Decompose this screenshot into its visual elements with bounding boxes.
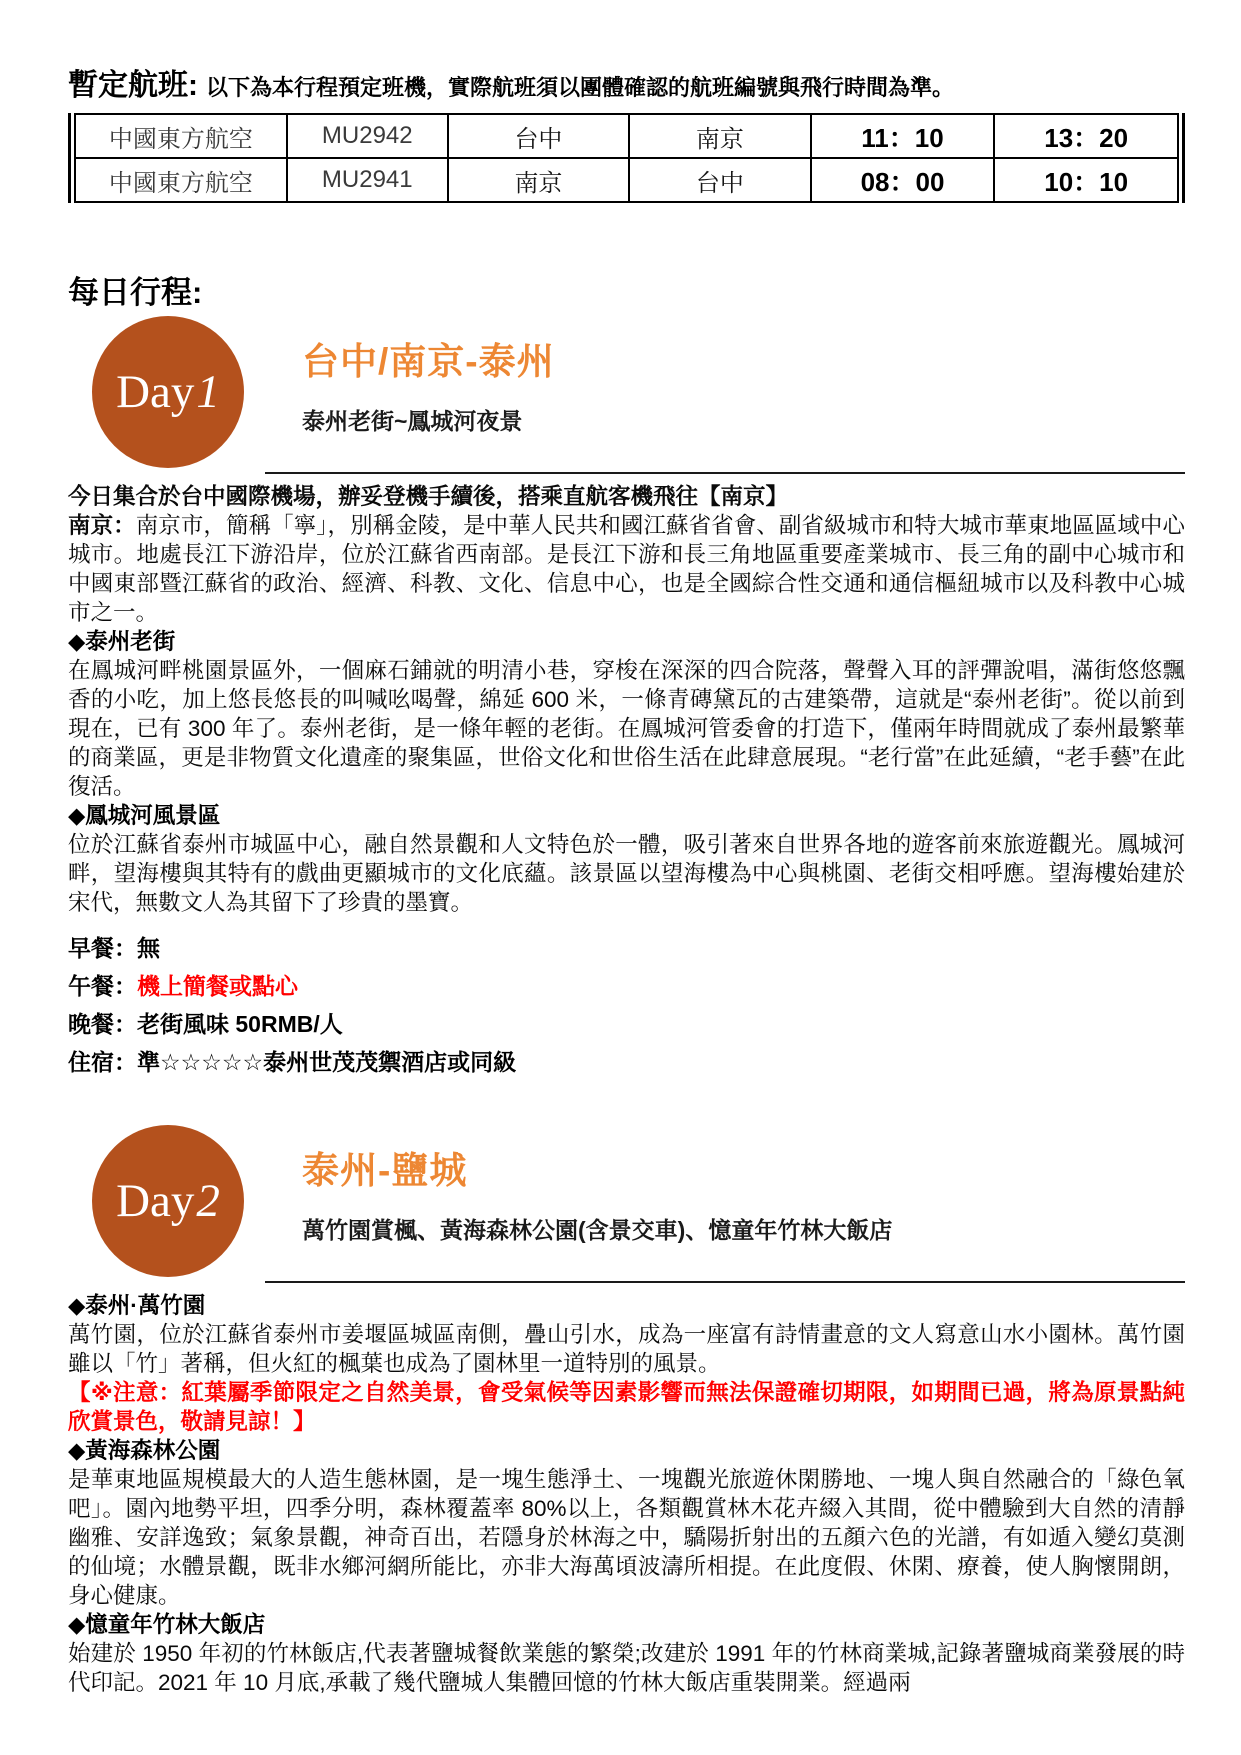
day2-badge-word: Day — [116, 1174, 194, 1228]
day2-season-notice: 【※注意：紅葉屬季節限定之自然美景，會受氣候等因素影響而無法保證確切期限，如期間… — [68, 1378, 1185, 1436]
day1-hotel-line: 住宿：準☆☆☆☆☆泰州世茂茂禦酒店或同級 — [68, 1043, 1185, 1081]
flight-1-departure-time: 11：10 — [811, 114, 995, 158]
flight-2-number: MU2941 — [287, 158, 448, 202]
day1-dinner-line: 晚餐：老街風味 50RMB/人 — [68, 1005, 1185, 1043]
day2-section1-heading: ◆泰州·萬竹園 — [68, 1291, 1185, 1320]
day2-section2-heading: ◆黃海森林公園 — [68, 1436, 1185, 1465]
day2-title: 泰州-鹽城 — [302, 1140, 892, 1194]
day1-section2-heading: ◆鳳城河風景區 — [68, 801, 1185, 830]
flight-1-airline: 中國東方航空 — [75, 114, 287, 158]
day2-block: Day2 泰州-鹽城 萬竹園賞楓、黃海森林公園(含景交車)、憶童年竹林大飯店 ◆… — [68, 1125, 1185, 1697]
flight-table-wrapper: 中國東方航空 MU2942 台中 南京 11：10 13：20 中國東方航空 M… — [68, 113, 1185, 203]
day1-header-row: Day1 台中/南京-泰州 泰州老街~鳳城河夜景 — [68, 316, 1185, 468]
day1-hotel-label: 住宿： — [68, 1049, 137, 1075]
day1-badge: Day1 — [92, 316, 244, 468]
day1-section1-heading: ◆泰州老街 — [68, 627, 1185, 656]
day1-badge-word: Day — [116, 365, 194, 419]
day1-breakfast-label: 早餐： — [68, 935, 137, 961]
day1-title: 台中/南京-泰州 — [302, 331, 555, 385]
flight-2-departure-city: 南京 — [448, 158, 629, 202]
flight-1-arrival-city: 南京 — [629, 114, 810, 158]
daily-itinerary-heading: 每日行程: — [68, 267, 1185, 312]
flight-2-arrival-time: 10：10 — [994, 158, 1178, 202]
day1-block: Day1 台中/南京-泰州 泰州老街~鳳城河夜景 今日集合於台中國際機場，辦妥登… — [68, 316, 1185, 1081]
flight-section-header: 暫定航班: 以下為本行程預定班機，實際航班須以團體確認的航班編號與飛行時間為準。 — [68, 60, 1185, 104]
day1-breakfast-line: 早餐：無 — [68, 929, 1185, 967]
day2-badge: Day2 — [92, 1125, 244, 1277]
flight-2-departure-time: 08：00 — [811, 158, 995, 202]
day2-badge-number: 2 — [194, 1174, 220, 1228]
flight-1-departure-city: 台中 — [448, 114, 629, 158]
day2-section2-body: 是華東地區規模最大的人造生態林園，是一塊生態淨土、一塊觀光旅遊休閑勝地、一塊人與… — [68, 1465, 1185, 1610]
day2-section3-body: 始建於 1950 年初的竹林飯店,代表著鹽城餐飲業態的繁榮;改建於 1991 年… — [68, 1639, 1185, 1697]
day1-lunch-value: 機上簡餐或點心 — [137, 973, 298, 999]
day2-titles: 泰州-鹽城 萬竹園賞楓、黃海森林公園(含景交車)、憶童年竹林大飯店 — [302, 1140, 892, 1245]
day1-nanjing-text: 南京市，簡稱「寧」，別稱金陵，是中華人民共和國江蘇省省會、副省級城市和特大城市華… — [68, 513, 1185, 625]
flight-2-arrival-city: 台中 — [629, 158, 810, 202]
flight-1-arrival-time: 13：20 — [994, 114, 1178, 158]
flight-2-airline: 中國東方航空 — [75, 158, 287, 202]
flight-note: 以下為本行程預定班機，實際航班須以團體確認的航班編號與飛行時間為準。 — [206, 71, 954, 102]
day1-titles: 台中/南京-泰州 泰州老街~鳳城河夜景 — [302, 331, 555, 436]
day1-lunch-label: 午餐： — [68, 973, 137, 999]
day1-section1-body: 在鳳城河畔桃園景區外，一個麻石鋪就的明清小巷，穿梭在深深的四合院落，聲聲入耳的評… — [68, 656, 1185, 801]
day1-nanjing-label: 南京： — [68, 513, 136, 538]
day1-hotel-value: 準☆☆☆☆☆泰州世茂茂禦酒店或同級 — [137, 1049, 516, 1075]
day1-section2-body: 位於江蘇省泰州市城區中心，融自然景觀和人文特色於一體，吸引著來自世界各地的遊客前… — [68, 830, 1185, 917]
day1-nanjing-paragraph: 南京：南京市，簡稱「寧」，別稱金陵，是中華人民共和國江蘇省省會、副省級城市和特大… — [68, 511, 1185, 627]
day1-subtitle: 泰州老街~鳳城河夜景 — [302, 403, 555, 436]
day1-intro: 今日集合於台中國際機場，辦妥登機手續後，搭乘直航客機飛往【南京】 — [68, 482, 1185, 511]
day2-section1-body: 萬竹園，位於江蘇省泰州市姜堰區城區南側，疊山引水，成為一座富有詩情畫意的文人寫意… — [68, 1320, 1185, 1378]
day2-subtitle: 萬竹園賞楓、黃海森林公園(含景交車)、憶童年竹林大飯店 — [302, 1212, 892, 1245]
day1-meals: 早餐：無 午餐：機上簡餐或點心 晚餐：老街風味 50RMB/人 住宿：準☆☆☆☆… — [68, 929, 1185, 1081]
day2-section3-heading: ◆憶童年竹林大飯店 — [68, 1610, 1185, 1639]
day2-header-row: Day2 泰州-鹽城 萬竹園賞楓、黃海森林公園(含景交車)、憶童年竹林大飯店 — [68, 1125, 1185, 1277]
day1-dinner-label: 晚餐： — [68, 1011, 137, 1037]
flight-heading: 暫定航班: — [68, 60, 198, 104]
flight-row-1: 中國東方航空 MU2942 台中 南京 11：10 13：20 — [75, 114, 1178, 158]
flight-1-number: MU2942 — [287, 114, 448, 158]
day2-content: ◆泰州·萬竹園 萬竹園，位於江蘇省泰州市姜堰區城區南側，疊山引水，成為一座富有詩… — [68, 1291, 1185, 1697]
day1-dinner-value: 老街風味 50RMB/人 — [137, 1011, 343, 1037]
flight-table: 中國東方航空 MU2942 台中 南京 11：10 13：20 中國東方航空 M… — [74, 113, 1179, 203]
day1-lunch-line: 午餐：機上簡餐或點心 — [68, 967, 1185, 1005]
day2-divider — [265, 1281, 1185, 1283]
day1-divider — [265, 472, 1185, 474]
day1-content: 今日集合於台中國際機場，辦妥登機手續後，搭乘直航客機飛往【南京】 南京：南京市，… — [68, 482, 1185, 1081]
day1-badge-number: 1 — [194, 365, 220, 419]
itinerary-page: 暫定航班: 以下為本行程預定班機，實際航班須以團體確認的航班編號與飛行時間為準。… — [0, 0, 1241, 1755]
day1-breakfast-value: 無 — [137, 935, 160, 961]
flight-row-2: 中國東方航空 MU2941 南京 台中 08：00 10：10 — [75, 158, 1178, 202]
